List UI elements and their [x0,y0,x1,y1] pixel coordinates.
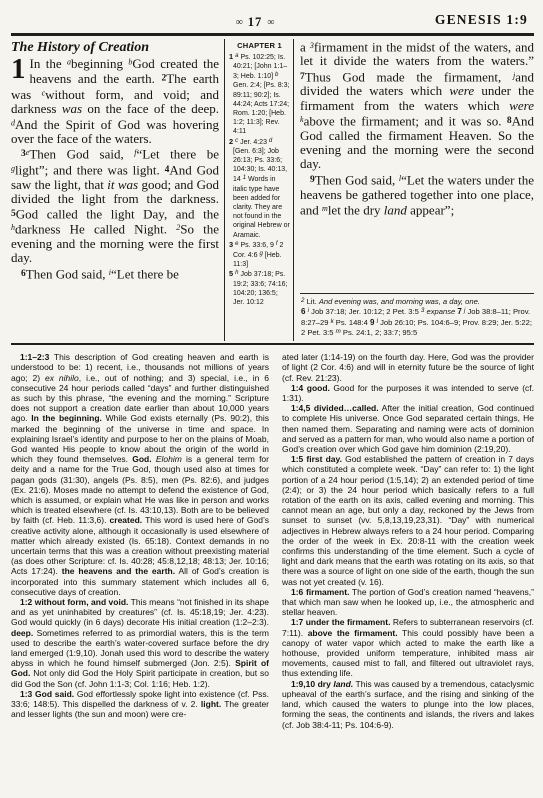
header-ornament-left-icon: ∞ [236,17,243,28]
translation-footnotes: 2 Lit. And evening was, and morning was,… [300,293,534,341]
header-ornament-right-icon: ∞ [267,17,274,28]
running-head: GENESIS 1:9 [435,12,528,28]
commentary-note-1-2: 1:2 without form, and void. This means “… [11,597,269,689]
commentary-note-1-4: 1:4 good. Good for the purposes it was i… [282,383,534,403]
crossref-column: CHAPTER 1 1 a Ps. 102:25; Is. 40:21; [Jo… [224,39,294,341]
commentary-note-1-6: 1:6 firmament. The portion of God’s crea… [282,587,534,618]
bible-page: ∞17∞ GENESIS 1:9 The History of Creation… [0,0,543,798]
footnote-entry: 6 i Job 37:18; Jer. 10:12; 2 Pet. 3:5 3 … [301,306,533,337]
verse-text: In the abeginning bGod created the heave… [11,56,219,146]
scripture-column-right: a 3firmament in the midst of the waters,… [294,39,534,341]
footnote-entry: 2 Lit. And evening was, and morning was,… [301,296,533,306]
page-number: 17 [248,15,263,29]
section-divider-rule [11,343,534,346]
crossref-entry-v1: 1 a Ps. 102:25; Is. 40:21; [John 1:1–3; … [229,52,290,137]
commentary-note-1-3-continued: ated later (1:14-19) on the fourth day. … [282,352,534,383]
page-number-group: ∞17∞ [236,13,275,31]
verse-paragraph: 6Then God said, i“Let there be [11,266,219,282]
commentary-note-1-7: 1:7 under the firmament. Refers to subte… [282,617,534,678]
section-heading: The History of Creation [11,39,219,56]
crossref-entry-v5: 5 h Job 37:18; Ps. 19:2; 33:6; 74:16; 10… [229,269,290,307]
page-header: ∞17∞ GENESIS 1:9 [11,12,534,31]
crossref-entry-v2: 2 c Jer. 4:23 d [Gen. 6:3]; Job 26:13; P… [229,137,290,240]
commentary-column-right: ated later (1:14-19) on the fourth day. … [282,352,534,798]
commentary-note-1-9-10: 1:9,10 dry land. This was caused by a tr… [282,679,534,730]
verse-paragraph: 9Then God said, l“Let the waters under t… [300,172,534,218]
scripture-section: The History of Creation 1In the abeginni… [11,39,534,341]
crossref-entry-v3: 3 e Ps. 33:6, 9 f 2 Cor. 4:6 g [Heb. 11:… [229,240,290,270]
verse-paragraph: 3eThen God said, f“Let there be glight”;… [11,146,219,265]
commentary-section: 1:1–2:3 This description of God creating… [11,352,534,798]
commentary-column-left: 1:1–2:3 This description of God creating… [11,352,269,798]
verse-paragraph: a 3firmament in the midst of the waters,… [300,39,534,172]
crossref-chapter-title: CHAPTER 1 [229,41,290,50]
commentary-note-1-4-5: 1:4,5 divided…called. After the initial … [282,403,534,454]
commentary-note-1-3: 1:3 God said. God effortlessly spoke lig… [11,689,269,720]
verse-paragraph: 1In the abeginning bGod created the heav… [11,56,219,147]
commentary-note-1-1: 1:1–2:3 This description of God creating… [11,352,269,597]
header-rule [11,33,534,36]
chapter-number-dropcap: 1 [11,57,26,82]
commentary-note-1-5: 1:5 first day. God established the patte… [282,454,534,587]
scripture-column-left: The History of Creation 1In the abeginni… [11,39,219,341]
